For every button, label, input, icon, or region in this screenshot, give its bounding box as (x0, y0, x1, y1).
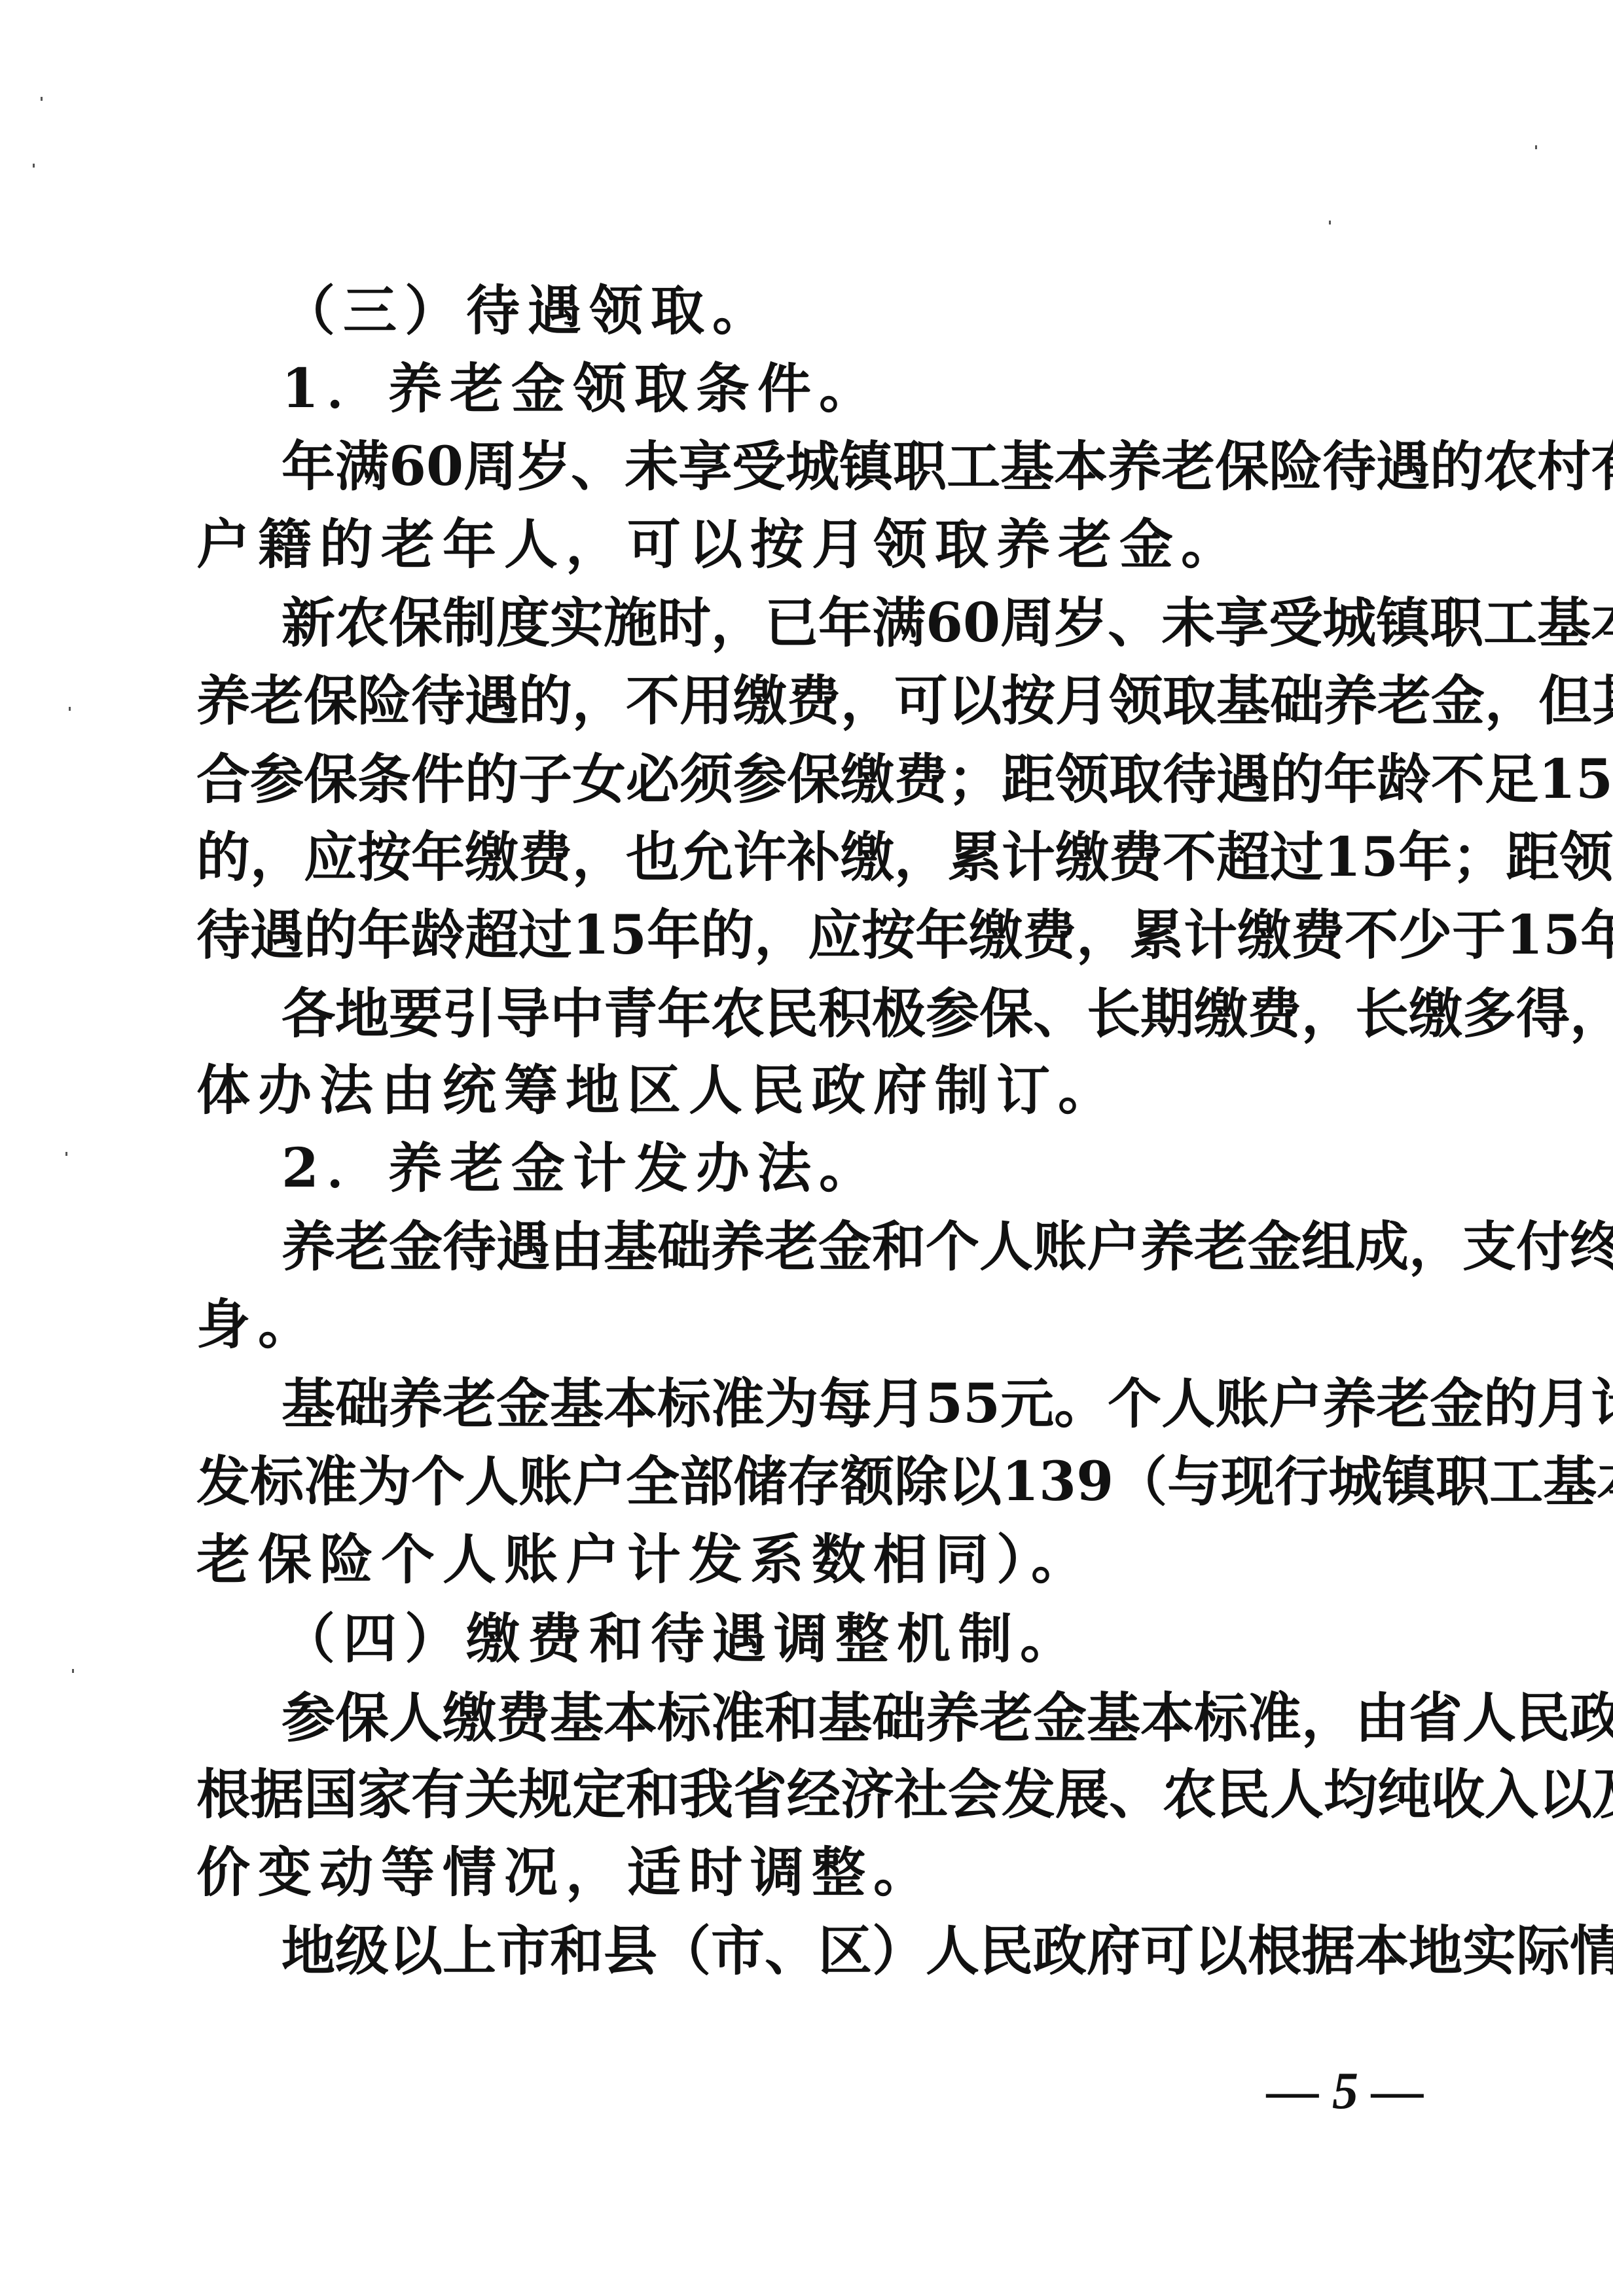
paragraph-line: 基础养老金基本标准为每月55元。个人账户养老金的月计 (281, 1368, 1430, 1440)
paragraph-line: 发标准为个人账户全部储存额除以139（与现行城镇职工基本养 (196, 1446, 1430, 1518)
paragraph-line: 养老金待遇由基础养老金和个人账户养老金组成，支付终 (281, 1211, 1430, 1283)
paragraph-line: 体办法由统筹地区人民政府制订。 (196, 1054, 1430, 1126)
document-page: （三）待遇领取。 1．养老金领取条件。 年满60周岁、未享受城镇职工基本养老保险… (0, 0, 1613, 2296)
subsection-heading-eligibility: 1．养老金领取条件。 (281, 353, 1430, 425)
subsection-heading-calculation: 2．养老金计发办法。 (281, 1132, 1430, 1204)
section-heading-adjustment: （四）缴费和待遇调整机制。 (281, 1603, 1430, 1675)
paragraph-line: 价变动等情况，适时调整。 (196, 1837, 1430, 1909)
page-number: — 5 — (1263, 2055, 1427, 2127)
paragraph-line: 各地要引导中青年农民积极参保、长期缴费，长缴多得，具 (281, 978, 1430, 1050)
paragraph-line: 户籍的老年人，可以按月领取养老金。 (196, 509, 1430, 581)
scan-speck (65, 1152, 67, 1156)
paragraph-line: 年满60周岁、未享受城镇职工基本养老保险待遇的农村有 (281, 431, 1430, 503)
paragraph-line: 合参保条件的子女必须参保缴费；距领取待遇的年龄不足15年 (196, 744, 1430, 816)
scan-speck (69, 707, 71, 711)
paragraph-line: 的，应按年缴费，也允许补缴，累计缴费不超过15年；距领取 (196, 821, 1430, 893)
paragraph-line: 养老保险待遇的，不用缴费，可以按月领取基础养老金，但其符 (196, 665, 1430, 737)
scan-speck (1535, 145, 1537, 149)
paragraph-line: 新农保制度实施时，已年满60周岁、未享受城镇职工基本 (281, 587, 1430, 659)
paragraph-line: 地级以上市和县（市、区）人民政府可以根据本地实际情 (281, 1915, 1430, 1987)
scan-speck (1329, 221, 1331, 224)
paragraph-line: 老保险个人账户计发系数相同）。 (196, 1524, 1430, 1596)
paragraph-line: 参保人缴费基本标准和基础养老金基本标准，由省人民政府 (281, 1682, 1430, 1754)
scan-speck (72, 1669, 74, 1673)
scan-speck (41, 97, 43, 101)
paragraph-line: 根据国家有关规定和我省经济社会发展、农民人均纯收入以及物 (196, 1759, 1430, 1831)
paragraph-line: 身。 (196, 1289, 1430, 1361)
scan-speck (33, 164, 35, 168)
paragraph-line: 待遇的年龄超过15年的，应按年缴费，累计缴费不少于15年。 (196, 899, 1430, 971)
section-heading-benefit-collection: （三）待遇领取。 (281, 275, 1430, 347)
